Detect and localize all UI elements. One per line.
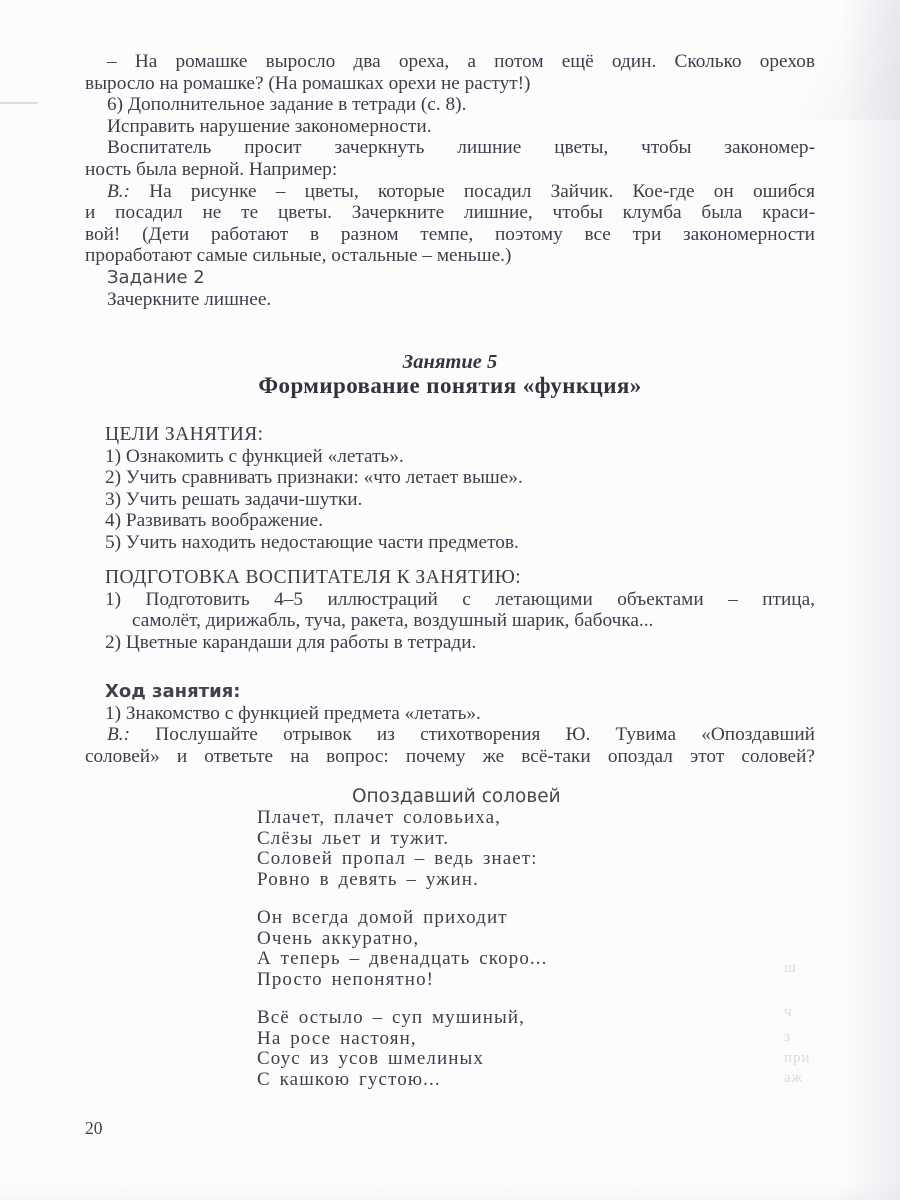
scan-shadow-right-edge (842, 0, 900, 1200)
teacher-speech-line: В.: Послушайте отрывок из стихотворения … (85, 724, 815, 746)
text-line: На рисунке – цветы, которые посадил Зайч… (149, 181, 815, 202)
lesson-heading: Занятие 5 Формирование понятия «функция» (85, 351, 815, 399)
task-label: Задание 2 (85, 267, 815, 289)
bleedthrough-fragment: ш (784, 960, 797, 977)
poem-line: Соус из усов шмелиных (257, 1049, 677, 1070)
poem-line: С кашкою густою... (257, 1070, 677, 1091)
lesson-number-heading: Занятие 5 (85, 351, 815, 373)
poem-stanza: Плачет, плачет соловьиха, Слёзы льет и т… (257, 808, 677, 890)
poem-line: Всё остыло – суп мушиный, (257, 1008, 677, 1029)
text-line: 6) Дополнительное задание в тетради (с. … (85, 94, 815, 116)
poem-stanza: Всё остыло – суп мушиный, На росе настоя… (257, 1008, 677, 1090)
scan-shadow-bottom-edge (0, 1182, 900, 1200)
bleedthrough-fragment: при (784, 1050, 811, 1067)
text-line: и посадил не те цветы. Зачеркните лишние… (85, 202, 815, 224)
poem-line: Ровно в девять – ужин. (257, 870, 677, 891)
lesson-title: Формирование понятия «функция» (85, 373, 815, 399)
scan-artifact-line (0, 102, 38, 104)
intro-paragraphs: – На ромашке выросло два ореха, а потом … (85, 51, 815, 310)
text-line: проработают самые сильные, остальные – м… (85, 245, 815, 267)
poem-title: Опоздавший соловей (257, 787, 677, 807)
text-line: Воспитатель просит зачеркнуть лишние цве… (85, 137, 815, 159)
goals-heading: ЦЕЛИ ЗАНЯТИЯ: (85, 424, 815, 446)
text-line: ность была верной. Например: (85, 159, 815, 181)
preparation-item: 2) Цветные карандаши для работы в тетрад… (85, 632, 815, 654)
text-line: – На ромашке выросло два ореха, а потом … (85, 51, 815, 73)
preparation-section: ПОДГОТОВКА ВОСПИТАТЕЛЯ К ЗАНЯТИЮ: 1) Под… (85, 567, 815, 653)
goals-section: ЦЕЛИ ЗАНЯТИЯ: 1) Ознакомить с функцией «… (85, 424, 815, 554)
poem-line: Соловей пропал – ведь знает: (257, 849, 677, 870)
lesson-flow-section: Ход занятия: 1) Знакомство с функцией пр… (85, 681, 815, 767)
page-number: 20 (85, 1118, 103, 1139)
goal-item: 4) Развивать воображение. (85, 510, 815, 532)
goal-item: 3) Учить решать задачи-шутки. (85, 489, 815, 511)
book-page: – На ромашке выросло два ореха, а потом … (0, 0, 900, 1200)
bleedthrough-fragment: ч (784, 1004, 793, 1021)
preparation-heading: ПОДГОТОВКА ВОСПИТАТЕЛЯ К ЗАНЯТИЮ: (85, 567, 815, 589)
poem-line: А теперь – двенадцать скоро... (257, 949, 677, 970)
text-line: Послушайте отрывок из стихотворения Ю. Т… (155, 724, 815, 745)
goal-item: 5) Учить находить недостающие части пред… (85, 532, 815, 554)
text-line: Зачеркните лишнее. (85, 289, 815, 311)
text-line: выросло на ромашке? (На ромашках орехи н… (85, 73, 815, 95)
poem-line: Он всегда домой приходит (257, 908, 677, 929)
lesson-flow-item: 1) Знакомство с функцией предмета «летат… (85, 703, 815, 725)
preparation-item-continuation: самолёт, дирижабль, туча, ракета, воздуш… (85, 610, 815, 632)
poem-line: На росе настоян, (257, 1029, 677, 1050)
text-line: вой! (Дети работают в разном темпе, поэт… (85, 224, 815, 246)
preparation-item: 1) Подготовить 4–5 иллюстраций с летающи… (85, 589, 815, 611)
text-line: Исправить нарушение закономерности. (85, 116, 815, 138)
teacher-speech-line: В.: На рисунке – цветы, которые посадил … (85, 181, 815, 203)
poem: Опоздавший соловей Плачет, плачет соловь… (257, 787, 677, 1108)
teacher-abbreviation: В.: (107, 181, 130, 202)
bleedthrough-fragment: з (784, 1029, 791, 1046)
bleedthrough-fragment: аж (784, 1070, 803, 1087)
poem-line: Очень аккуратно, (257, 929, 677, 950)
goal-item: 1) Ознакомить с функцией «летать». (85, 446, 815, 468)
poem-line: Плачет, плачет соловьиха, (257, 808, 677, 829)
text-line: соловей» и ответьте на вопрос: почему же… (85, 746, 815, 768)
poem-line: Просто непонятно! (257, 970, 677, 991)
goal-item: 2) Учить сравнивать признаки: «что летае… (85, 467, 815, 489)
poem-line: Слёзы льет и тужит. (257, 829, 677, 850)
lesson-flow-heading: Ход занятия: (85, 681, 815, 703)
poem-stanza: Он всегда домой приходит Очень аккуратно… (257, 908, 677, 990)
teacher-abbreviation: В.: (107, 724, 130, 745)
